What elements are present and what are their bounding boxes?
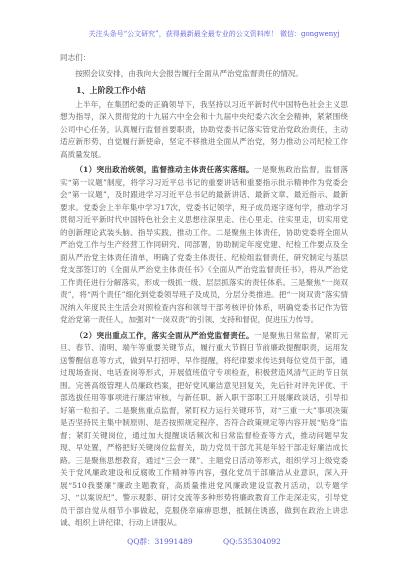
item-2-paragraph: （2）突出重点工作，落实全面从严治党监督责任。一是聚焦日常监督，紧盯元旦、春节、… <box>60 330 348 530</box>
qq-group: QQ群：31991489 <box>127 536 192 547</box>
summary-paragraph: 上半年，在集团纪委的正确领导下，我坚持以习近平新时代中国特色社会主义思想为指导，… <box>60 99 348 162</box>
qq-number: QQ:535304092 <box>223 537 281 546</box>
document-body: 同志们： 按照会议安排，由我向大会报告履行全面从严治党监督责任的情况。 1、上阶… <box>60 52 348 530</box>
intro-paragraph: 按照会议安排，由我向大会报告履行全面从严治党监督责任的情况。 <box>60 68 348 81</box>
item-1-heading: （1）突出政治统领，监督推动主体责任落实落细。 <box>75 165 254 174</box>
banner-text: 关注头条号“公文研究”，获得最新最全最专业的公文资料库！ 微信：gongweny… <box>89 30 340 38</box>
header-banner: 关注头条号“公文研究”，获得最新最全最专业的公文资料库！ 微信：gongweny… <box>0 29 408 39</box>
item-1-paragraph: （1）突出政治统领，监督推动主体责任落实落细。一是聚焦政治监督，监督落实“第一议… <box>60 164 348 327</box>
item-2-heading: （2）突出重点工作，落实全面从严治党监督责任。 <box>75 331 254 340</box>
section-title: 1、上阶段工作小结 <box>60 84 348 97</box>
item-1-body: 一是聚焦政治监督，监督落实“第一议题”制度，将学习习近平总书记的重要讲话和重要指… <box>60 165 348 324</box>
item-2-body: 一是聚焦日常监督，紧盯元旦、春节、清明、端午等重要关键节点，履行重大节假日节前廉… <box>60 331 348 528</box>
greeting: 同志们： <box>60 52 348 65</box>
footer-contact: QQ群：31991489 QQ:535304092 <box>0 536 408 547</box>
